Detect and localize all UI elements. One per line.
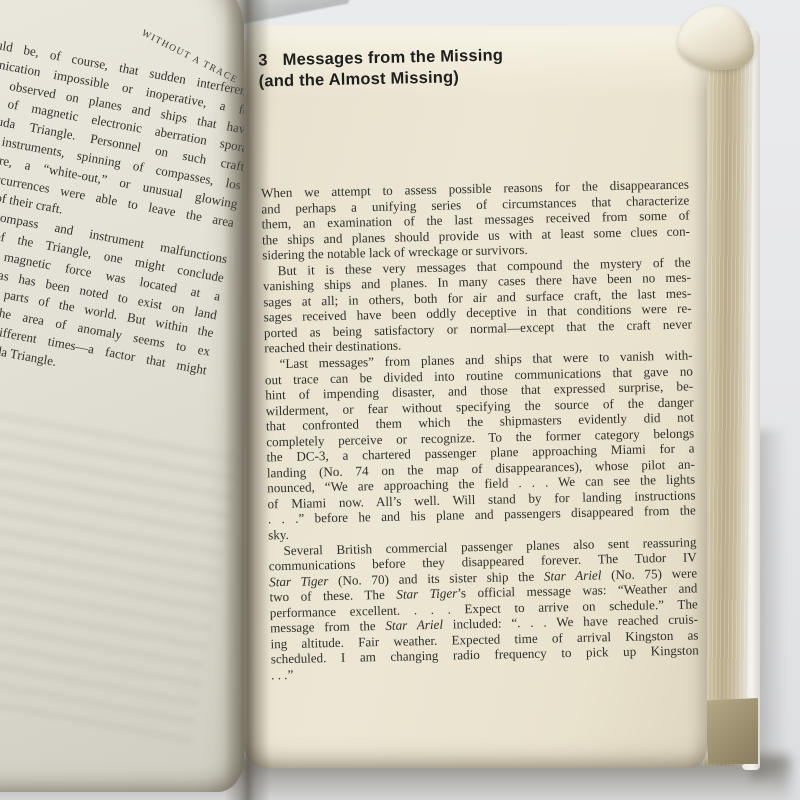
bottom-page-stack	[704, 698, 758, 764]
right-page: 3Messages from the Missing (and the Almo…	[243, 26, 707, 768]
left-page-body: uld be, of course, that sudden interfere…	[0, 36, 244, 399]
right-page-content: 3Messages from the Missing (and the Almo…	[258, 42, 699, 683]
gutter-shadow	[224, 0, 270, 800]
chapter-heading: 3Messages from the Missing (and the Almo…	[258, 42, 687, 93]
body-paragraph: When we attempt to assess possible reaso…	[261, 176, 691, 263]
body-paragraph: “Last messages” from planes and ships th…	[264, 347, 696, 542]
left-page: WITHOUT A TRACE uld be, of course, that …	[0, 0, 244, 792]
page-corner-curl	[678, 6, 754, 70]
body-paragraph: Several British commercial passenger pla…	[268, 534, 699, 683]
right-page-body: When we attempt to assess possible reaso…	[261, 176, 699, 682]
book-photo: 3Messages from the Missing (and the Almo…	[0, 0, 800, 800]
chapter-title-text: Messages from the Missing	[282, 46, 503, 69]
showthrough-ghost-text	[0, 400, 244, 744]
body-paragraph: But it is these very messages that compo…	[263, 254, 693, 356]
